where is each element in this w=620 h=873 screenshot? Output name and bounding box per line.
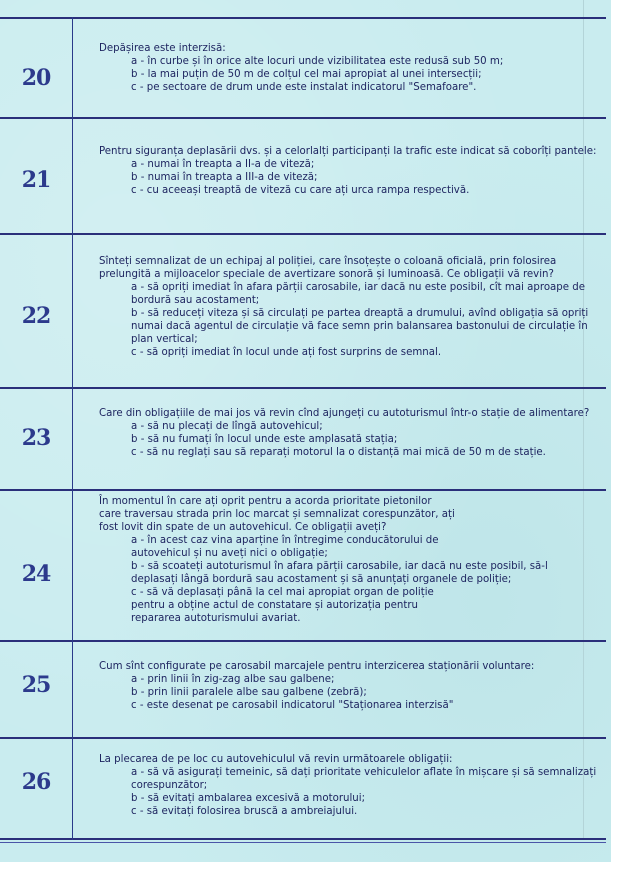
question-row-21: 21 Pentru siguranța deplasării dvs. și a… (0, 117, 606, 233)
answer-option-c[interactable]: c - să nu reglați sau să reparați motoru… (131, 446, 598, 459)
question-number: 26 (0, 769, 72, 795)
answer-option-a[interactable]: a - în acest caz vina aparține în întreg… (131, 534, 456, 560)
question-row-26: 26 La plecarea de pe loc cu autovehiculu… (0, 737, 606, 838)
question-text: Care din obligațiile de mai jos vă revin… (99, 407, 598, 420)
question-number: 24 (0, 561, 72, 587)
question-body: Depășirea este interzisă: a - în curbe ș… (99, 42, 598, 94)
answer-option-b[interactable]: b - să nu fumați în locul unde este ampl… (131, 433, 598, 446)
question-text: Depășirea este interzisă: (99, 42, 598, 55)
answer-option-b[interactable]: b - să evitați ambalarea excesivă a moto… (131, 792, 598, 805)
answer-option-c[interactable]: c - să vă deplasați până la cel mai apro… (131, 586, 456, 625)
question-row-24: 24 În momentul în care ați oprit pentru … (0, 489, 606, 640)
question-body: Care din obligațiile de mai jos vă revin… (99, 407, 598, 459)
question-number: 21 (0, 167, 72, 193)
question-text: În momentul în care ați oprit pentru a a… (99, 495, 456, 534)
answer-option-c[interactable]: c - să opriți imediat în locul unde ați … (131, 346, 598, 359)
answer-option-a[interactable]: a - în curbe și în orice alte locuri und… (131, 55, 598, 68)
answer-option-a[interactable]: a - numai în treapta a II-a de viteză; (131, 158, 598, 171)
question-text: Cum sînt configurate pe carosabil marcaj… (99, 660, 598, 673)
answer-option-a[interactable]: a - prin linii în zig-zag albe sau galbe… (131, 673, 598, 686)
question-text: La plecarea de pe loc cu autovehiculul v… (99, 753, 598, 766)
answer-option-a[interactable]: a - să opriți imediat în afara părții ca… (131, 281, 598, 307)
question-number: 20 (0, 65, 72, 91)
answer-option-c[interactable]: c - cu aceeași treaptă de viteză cu care… (131, 184, 598, 197)
question-number: 23 (0, 425, 72, 451)
answer-option-c[interactable]: c - este desenat pe carosabil indicatoru… (131, 699, 598, 712)
answer-option-a[interactable]: a - să vă asigurați temeinic, să dați pr… (131, 766, 598, 792)
question-row-22: 22 Sînteți semnalizat de un echipaj al p… (0, 233, 606, 387)
answer-option-b[interactable]: b - numai în treapta a III-a de viteză; (131, 171, 598, 184)
question-row-25: 25 Cum sînt configurate pe carosabil mar… (0, 640, 606, 737)
answer-option-b[interactable]: b - să scoateți autoturismul în afara pă… (131, 560, 596, 586)
answer-option-b[interactable]: b - prin linii paralele albe sau galbene… (131, 686, 598, 699)
question-body: În momentul în care ați oprit pentru a a… (99, 495, 456, 625)
question-row-23: 23 Care din obligațiile de mai jos vă re… (0, 387, 606, 489)
row-divider (0, 838, 606, 840)
question-number: 25 (0, 672, 72, 698)
question-body: La plecarea de pe loc cu autovehiculul v… (99, 753, 598, 818)
answer-option-a[interactable]: a - să nu plecați de lîngă autovehicul; (131, 420, 598, 433)
document-page: 20 Depășirea este interzisă: a - în curb… (0, 0, 611, 862)
question-number: 22 (0, 303, 72, 329)
question-body: Pentru siguranța deplasării dvs. și a ce… (99, 145, 598, 197)
answer-option-c[interactable]: c - pe sectoare de drum unde este instal… (131, 81, 598, 94)
answer-option-b[interactable]: b - să reduceți viteza și să circulați p… (131, 307, 598, 346)
answer-option-b[interactable]: b - la mai puțin de 50 m de colțul cel m… (131, 68, 598, 81)
question-body: Sînteți semnalizat de un echipaj al poli… (99, 255, 598, 359)
answer-option-c[interactable]: c - să evitați folosirea bruscă a ambrei… (131, 805, 598, 818)
question-text: Sînteți semnalizat de un echipaj al poli… (99, 255, 598, 281)
question-text: Pentru siguranța deplasării dvs. și a ce… (99, 145, 598, 158)
question-row-20: 20 Depășirea este interzisă: a - în curb… (0, 17, 606, 117)
question-body: Cum sînt configurate pe carosabil marcaj… (99, 660, 598, 712)
